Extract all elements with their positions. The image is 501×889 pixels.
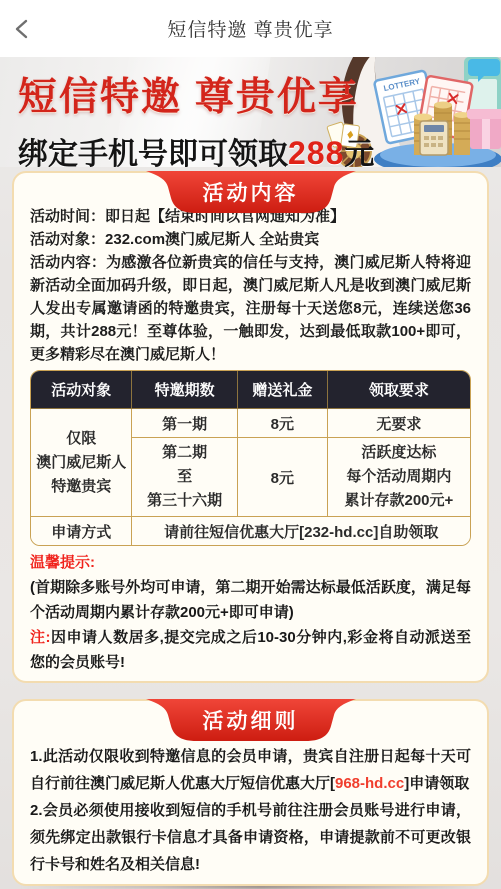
cell-audience: 仅限 澳门威尼斯人 特邀贵宾 (31, 409, 132, 517)
tips-block: 温馨提示: (首期除多账号外均可申请，第二期开始需达标最低活跃度，满足每个活动周… (30, 550, 471, 675)
app-bar: 短信特邀 尊贵优享 (0, 0, 501, 57)
header-cell-period: 特邀期数 (132, 371, 237, 409)
activity-content-card: 活动内容 活动时间：即日起【结束时间以官网通知为准】 活动对象：232.com澳… (12, 171, 489, 683)
header-cell-gift: 赠送礼金 (237, 371, 327, 409)
ribbon-title: 活动细则 (146, 705, 356, 735)
activity-rules-ribbon: 活动细则 (146, 699, 356, 739)
hero-banner: LOTTERY (0, 57, 501, 167)
banner-subtitle-suffix: 元 (344, 138, 374, 167)
activity-time-label: 活动时间： (30, 208, 105, 225)
cell-gift-1: 8元 (237, 409, 327, 438)
banner-amount: 288 (288, 135, 344, 167)
banner-text: 短信特邀 尊贵优享 绑定手机号即可领取288元 (18, 66, 374, 167)
activity-target-label: 活动对象： (30, 231, 105, 248)
back-icon[interactable] (10, 16, 36, 42)
cell-period-1: 第一期 (132, 409, 237, 438)
header-cell-audience: 活动对象 (31, 371, 132, 409)
offer-table-wrap: 活动对象 特邀期数 赠送礼金 领取要求 仅限 澳门威尼斯人 特邀贵宾 第一期 8… (30, 370, 471, 546)
rule-2: 2.会员必须使用接收到短信的手机号前往注册会员账号进行申请，须先绑定出款银行卡信… (30, 797, 471, 878)
page-title: 短信特邀 尊贵优享 (167, 15, 333, 42)
header-cell-requirement: 领取要求 (327, 371, 470, 409)
activity-rules-card: 活动细则 1.此活动仅限收到特邀信息的会员申请，贵宾自注册日起每十天可自行前往澳… (12, 699, 489, 886)
rule-1-text-end: ]申请领取 (404, 775, 469, 792)
tips-note-label: 注: (30, 629, 51, 646)
table-row: 仅限 澳门威尼斯人 特邀贵宾 第一期 8元 无要求 (31, 409, 470, 438)
cell-apply-value: 请前往短信优惠大厅[232-hd.cc]自助领取 (132, 517, 470, 546)
cell-apply-label: 申请方式 (31, 517, 132, 546)
cell-requirement-2: 活跃度达标 每个活动周期内 累计存款200元+ (327, 438, 470, 517)
activity-desc-line: 活动内容：为感激各位新贵宾的信任与支持，澳门威尼斯人特将迎新活动全面加码升级，即… (30, 251, 471, 366)
banner-title: 短信特邀 尊贵优享 (18, 66, 374, 122)
banner-subtitle: 绑定手机号即可领取288元 (18, 129, 374, 167)
activity-desc-label: 活动内容： (30, 254, 106, 271)
banner-subtitle-prefix: 绑定手机号即可领取 (18, 138, 288, 167)
offer-table-header-row: 活动对象 特邀期数 赠送礼金 领取要求 (31, 371, 470, 409)
tips-title: 温馨提示: (30, 550, 471, 575)
cell-gift-2: 8元 (237, 438, 327, 517)
tips-note: 注:因申请人数居多,提交完成之后10-30分钟内,彩金将自动派送至您的会员账号! (30, 625, 471, 675)
ribbon-title: 活动内容 (146, 177, 356, 207)
activity-target-line: 活动对象：232.com澳门威尼斯人 全站贵宾 (30, 228, 471, 251)
cell-requirement-1: 无要求 (327, 409, 470, 438)
table-row: 申请方式 请前往短信优惠大厅[232-hd.cc]自助领取 (31, 517, 470, 546)
activity-target-value: 232.com澳门威尼斯人 全站贵宾 (105, 231, 319, 248)
promo-hall-link[interactable]: 968-hd.cc (335, 775, 404, 792)
tips-body: (首期除多账号外均可申请，第二期开始需达标最低活跃度，满足每个活动周期内累计存款… (30, 575, 471, 625)
activity-content-ribbon: 活动内容 (146, 171, 356, 211)
offer-table: 活动对象 特邀期数 赠送礼金 领取要求 仅限 澳门威尼斯人 特邀贵宾 第一期 8… (31, 371, 470, 545)
tips-note-text: 因申请人数居多,提交完成之后10-30分钟内,彩金将自动派送至您的会员账号! (30, 629, 471, 671)
rule-1: 1.此活动仅限收到特邀信息的会员申请，贵宾自注册日起每十天可自行前往澳门威尼斯人… (30, 743, 471, 797)
rules-block: 1.此活动仅限收到特邀信息的会员申请，贵宾自注册日起每十天可自行前往澳门威尼斯人… (30, 743, 471, 878)
cell-period-2: 第二期 至 第三十六期 (132, 438, 237, 517)
